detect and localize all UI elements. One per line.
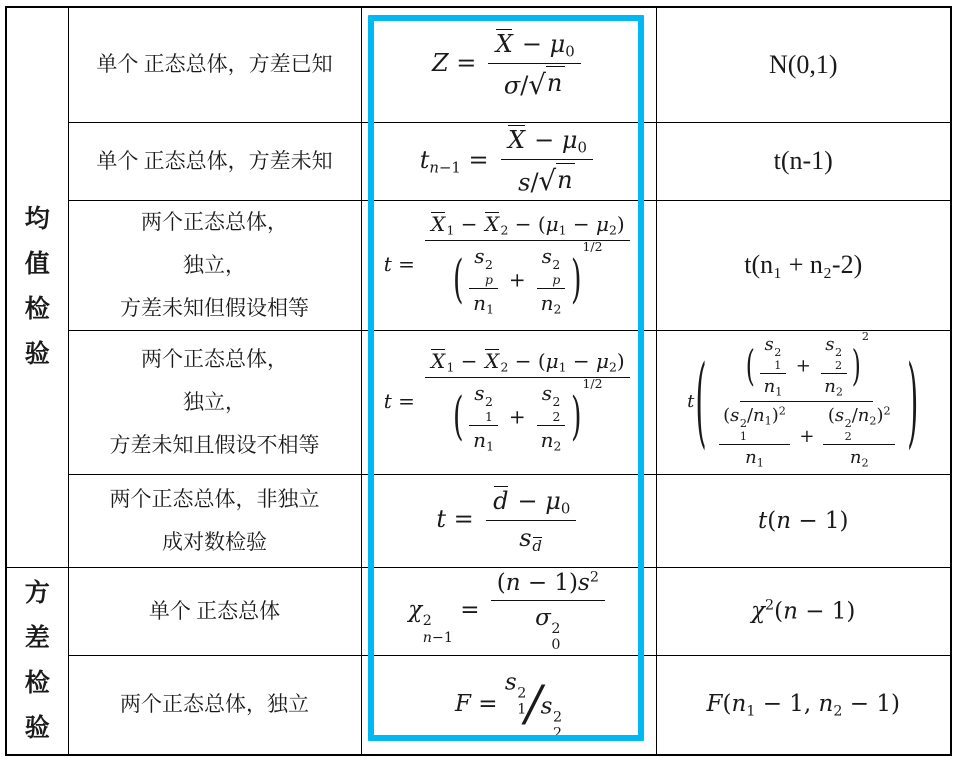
scenario-text-line: 两个正态总体， [69, 338, 361, 381]
cell-statistic-chi-square: χ2n−1 = (n − 1)s2σ20 [361, 567, 656, 655]
scenario-text-line: 两个正态总体， [69, 201, 361, 244]
cell-statistic-t-test: tn−1 = X − μ0s/√n [361, 122, 656, 200]
cell-distribution-paired-t: t(n − 1) [656, 474, 951, 567]
cell-statistic-z-test: Z = X − μ0σ/√n [361, 7, 656, 122]
rowgroup-char: 验 [7, 332, 68, 377]
statistics-test-table: 均 值 检 验 单个 正态总体，方差已知 Z = X − μ0σ/√n N(0,… [0, 0, 956, 757]
cell-statistic-paired-t: t = d − μ0sd [361, 474, 656, 567]
scenario-text-line: 两个正态总体，非独立 [69, 478, 361, 521]
cell-scenario-single-variance-known: 单个 正态总体，方差已知 [68, 7, 361, 122]
scenario-text-line: 单个 正态总体，方差未知 [69, 140, 361, 183]
rowgroup-label-variance-test: 方 差 检 验 [6, 567, 68, 755]
rowgroup-char: 均 [7, 197, 68, 242]
scenario-text-line: 单个 正态总体，方差已知 [69, 43, 361, 86]
scenario-text-line: 方差未知且假设不相等 [69, 424, 361, 467]
cell-distribution-welch-df: t((s21n1 + s22n2)2(s21/n1)2n1 + (s22/n2)… [656, 330, 951, 474]
scenario-text-line: 单个 正态总体 [69, 590, 361, 633]
cell-distribution-normal: N(0,1) [656, 7, 951, 122]
cell-distribution-chi-square: χ2(n − 1) [656, 567, 951, 655]
scenario-text-line: 两个正态总体，独立 [69, 683, 361, 726]
cell-scenario-single-variance: 单个 正态总体 [68, 567, 361, 655]
rowgroup-char: 检 [7, 661, 68, 706]
cell-distribution-t: t(n-1) [656, 122, 951, 200]
rowgroup-char: 方 [7, 571, 68, 616]
scenario-text-line: 独立， [69, 244, 361, 287]
cell-scenario-single-variance-unknown: 单个 正态总体，方差未知 [68, 122, 361, 200]
hypothesis-test-table: 均 值 检 验 单个 正态总体，方差已知 Z = X − μ0σ/√n N(0,… [5, 6, 952, 756]
scenario-text-line: 独立， [69, 381, 361, 424]
scenario-text-line: 成对数检验 [69, 521, 361, 564]
cell-distribution-t-pooled: t(n₁ + n₂-2) [656, 200, 951, 330]
cell-scenario-two-welch: 两个正态总体， 独立， 方差未知且假设不相等 [68, 330, 361, 474]
cell-scenario-paired: 两个正态总体，非独立 成对数检验 [68, 474, 361, 567]
rowgroup-char: 检 [7, 287, 68, 332]
cell-distribution-f: F(n1 − 1, n2 − 1) [656, 655, 951, 755]
cell-scenario-two-pooled: 两个正态总体， 独立， 方差未知但假设相等 [68, 200, 361, 330]
cell-statistic-f-test: F = s21/s22 [361, 655, 656, 755]
cell-statistic-pooled-t: t = X1 − X2 − (μ1 − μ2)(s2pn1 + s2pn2)1/… [361, 200, 656, 330]
cell-statistic-welch-t: t = X1 − X2 − (μ1 − μ2)(s21n1 + s22n2)1/… [361, 330, 656, 474]
cell-scenario-two-variance: 两个正态总体，独立 [68, 655, 361, 755]
rowgroup-char: 验 [7, 706, 68, 751]
rowgroup-label-mean-test: 均 值 检 验 [6, 7, 68, 567]
rowgroup-char: 差 [7, 616, 68, 661]
scenario-text-line: 方差未知但假设相等 [69, 287, 361, 330]
rowgroup-char: 值 [7, 242, 68, 287]
